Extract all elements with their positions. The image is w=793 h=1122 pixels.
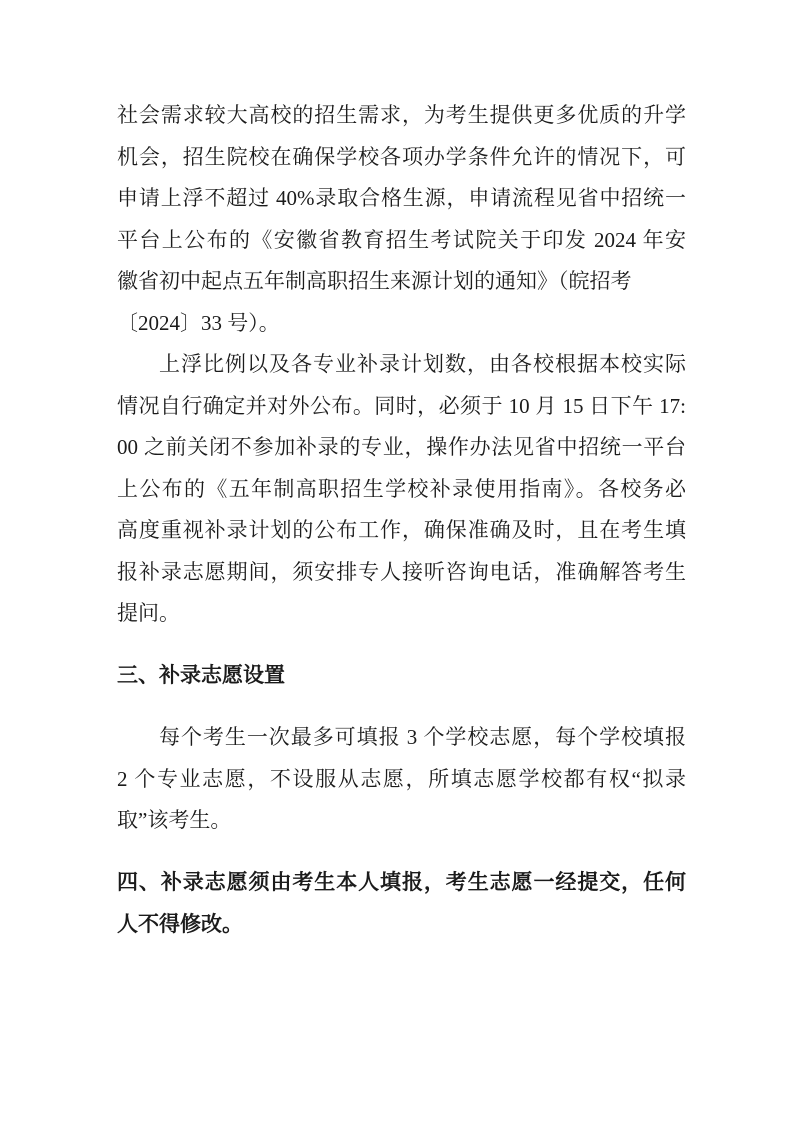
text-line: 00 之前关闭不参加补录的专业，操作办法见省中招统一平台: [117, 427, 686, 469]
text-line: 社会需求较大高校的招生需求，为考生提供更多优质的升学: [117, 95, 686, 137]
text-line: 机会，招生院校在确保学校各项办学条件允许的情况下，可: [117, 137, 686, 179]
text-line: 高度重视补录计划的公布工作，确保准确及时，且在考生填: [117, 510, 686, 552]
text-line: 情况自行确定并对外公布。同时，必须于 10 月 15 日下午 17:: [117, 386, 686, 428]
document-body: 社会需求较大高校的招生需求，为考生提供更多优质的升学 机会，招生院校在确保学校各…: [117, 95, 686, 945]
section-heading-3: 三、补录志愿设置: [117, 655, 686, 697]
text-line: 徽省初中起点五年制高职招生来源计划的通知》（皖招考: [117, 261, 686, 303]
text-line: 上浮比例以及各专业补录计划数，由各校根据本校实际: [117, 344, 686, 386]
text-line: 2 个专业志愿，不设服从志愿，所填志愿学校都有权“拟录: [117, 759, 686, 801]
section-heading-4-line2: 人不得修改。: [117, 904, 686, 946]
section-heading-4: 四、补录志愿须由考生本人填报，考生志愿一经提交，任何: [117, 862, 686, 904]
text-line: 平台上公布的《安徽省教育招生考试院关于印发 2024 年安: [117, 220, 686, 262]
text-line: 申请上浮不超过 40%录取合格生源，申请流程见省中招统一: [117, 178, 686, 220]
text-line: 〔2024〕33 号）。: [117, 303, 686, 345]
text-line: 报补录志愿期间，须安排专人接听咨询电话，准确解答考生: [117, 552, 686, 594]
text-line: 每个考生一次最多可填报 3 个学校志愿，每个学校填报: [117, 717, 686, 759]
text-line: 取”该考生。: [117, 800, 686, 842]
text-line: 上公布的《五年制高职招生学校补录使用指南》。各校务必: [117, 469, 686, 511]
text-line: 提问。: [117, 593, 686, 635]
document-page: 社会需求较大高校的招生需求，为考生提供更多优质的升学 机会，招生院校在确保学校各…: [0, 0, 793, 1122]
